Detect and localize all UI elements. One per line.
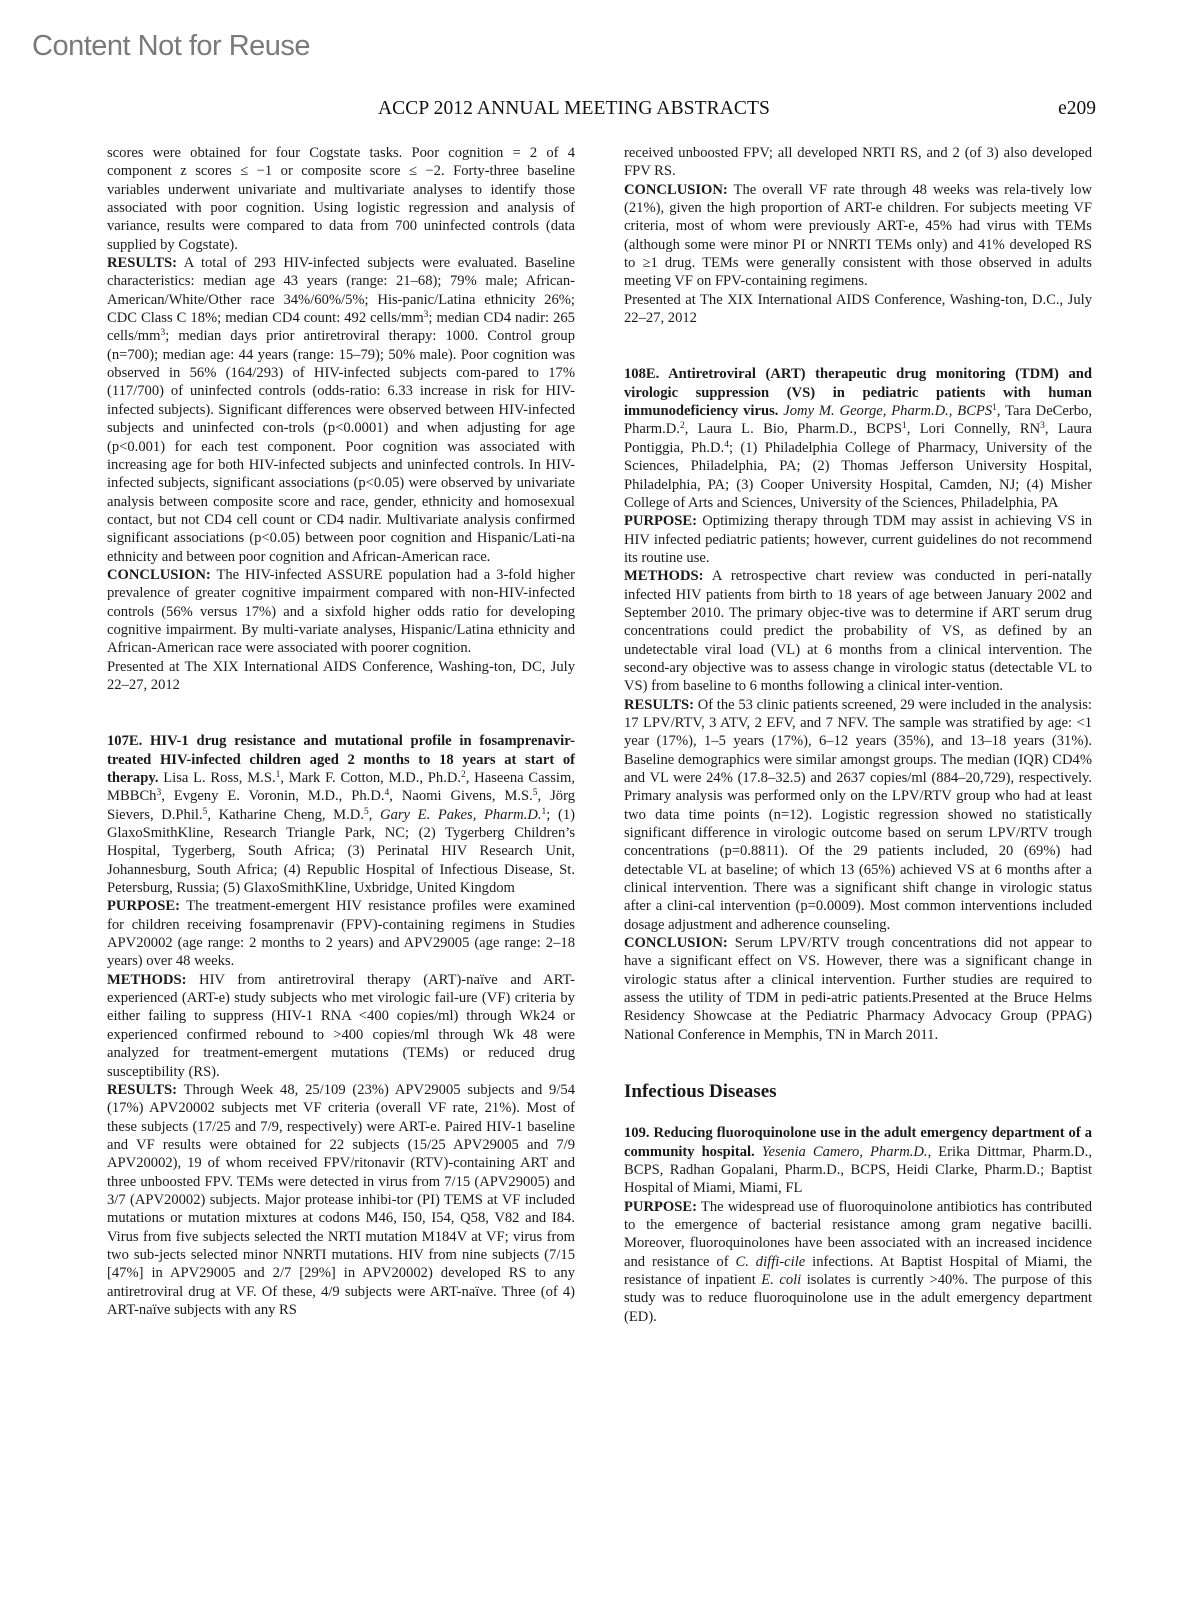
right-column: received unboosted FPV; all developed NR…	[624, 144, 1092, 1326]
abstract-107E-continued: received unboosted FPV; all developed NR…	[624, 144, 1092, 327]
paragraph: PURPOSE: The widespread use of fluoroqui…	[624, 1198, 1092, 1326]
paragraph: Presented at The XIX International AIDS …	[624, 291, 1092, 328]
paragraph: 107E. HIV-1 drug resistance and mutation…	[107, 732, 575, 897]
abstract-109: 109. Reducing fluoroquinolone use in the…	[624, 1124, 1092, 1326]
paragraph: received unboosted FPV; all developed NR…	[624, 144, 1092, 181]
abstract-separator	[107, 694, 575, 732]
running-title: ACCP 2012 ANNUAL MEETING ABSTRACTS	[378, 98, 770, 120]
abstract-continued: scores were obtained for four Cogstate t…	[107, 144, 575, 694]
paragraph: 108E. Antiretroviral (ART) therapeutic d…	[624, 365, 1092, 512]
paragraph: METHODS: HIV from antiretroviral therapy…	[107, 971, 575, 1081]
abstract-separator	[624, 327, 1092, 365]
paragraph: CONCLUSION: The HIV-infected ASSURE popu…	[107, 566, 575, 658]
watermark: Content Not for Reuse	[32, 30, 310, 63]
left-column: scores were obtained for four Cogstate t…	[107, 144, 575, 1319]
paragraph: RESULTS: Through Week 48, 25/109 (23%) A…	[107, 1081, 575, 1319]
paragraph: RESULTS: A total of 293 HIV-infected sub…	[107, 254, 575, 566]
abstract-separator	[624, 1044, 1092, 1072]
paragraph: METHODS: A retrospective chart review wa…	[624, 567, 1092, 695]
page-number: e209	[1058, 98, 1096, 120]
paragraph: CONCLUSION: Serum LPV/RTV trough concent…	[624, 934, 1092, 1044]
paragraph: scores were obtained for four Cogstate t…	[107, 144, 575, 254]
paragraph: PURPOSE: Optimizing therapy through TDM …	[624, 512, 1092, 567]
paragraph: CONCLUSION: The overall VF rate through …	[624, 181, 1092, 291]
abstract-107E: 107E. HIV-1 drug resistance and mutation…	[107, 732, 575, 1319]
paragraph: 109. Reducing fluoroquinolone use in the…	[624, 1124, 1092, 1197]
paragraph: RESULTS: Of the 53 clinic patients scree…	[624, 696, 1092, 934]
paragraph: Presented at The XIX International AIDS …	[107, 658, 575, 695]
section-heading: Infectious Diseases	[624, 1080, 1092, 1104]
paragraph: PURPOSE: The treatment-emergent HIV resi…	[107, 897, 575, 970]
abstract-108E: 108E. Antiretroviral (ART) therapeutic d…	[624, 365, 1092, 1044]
